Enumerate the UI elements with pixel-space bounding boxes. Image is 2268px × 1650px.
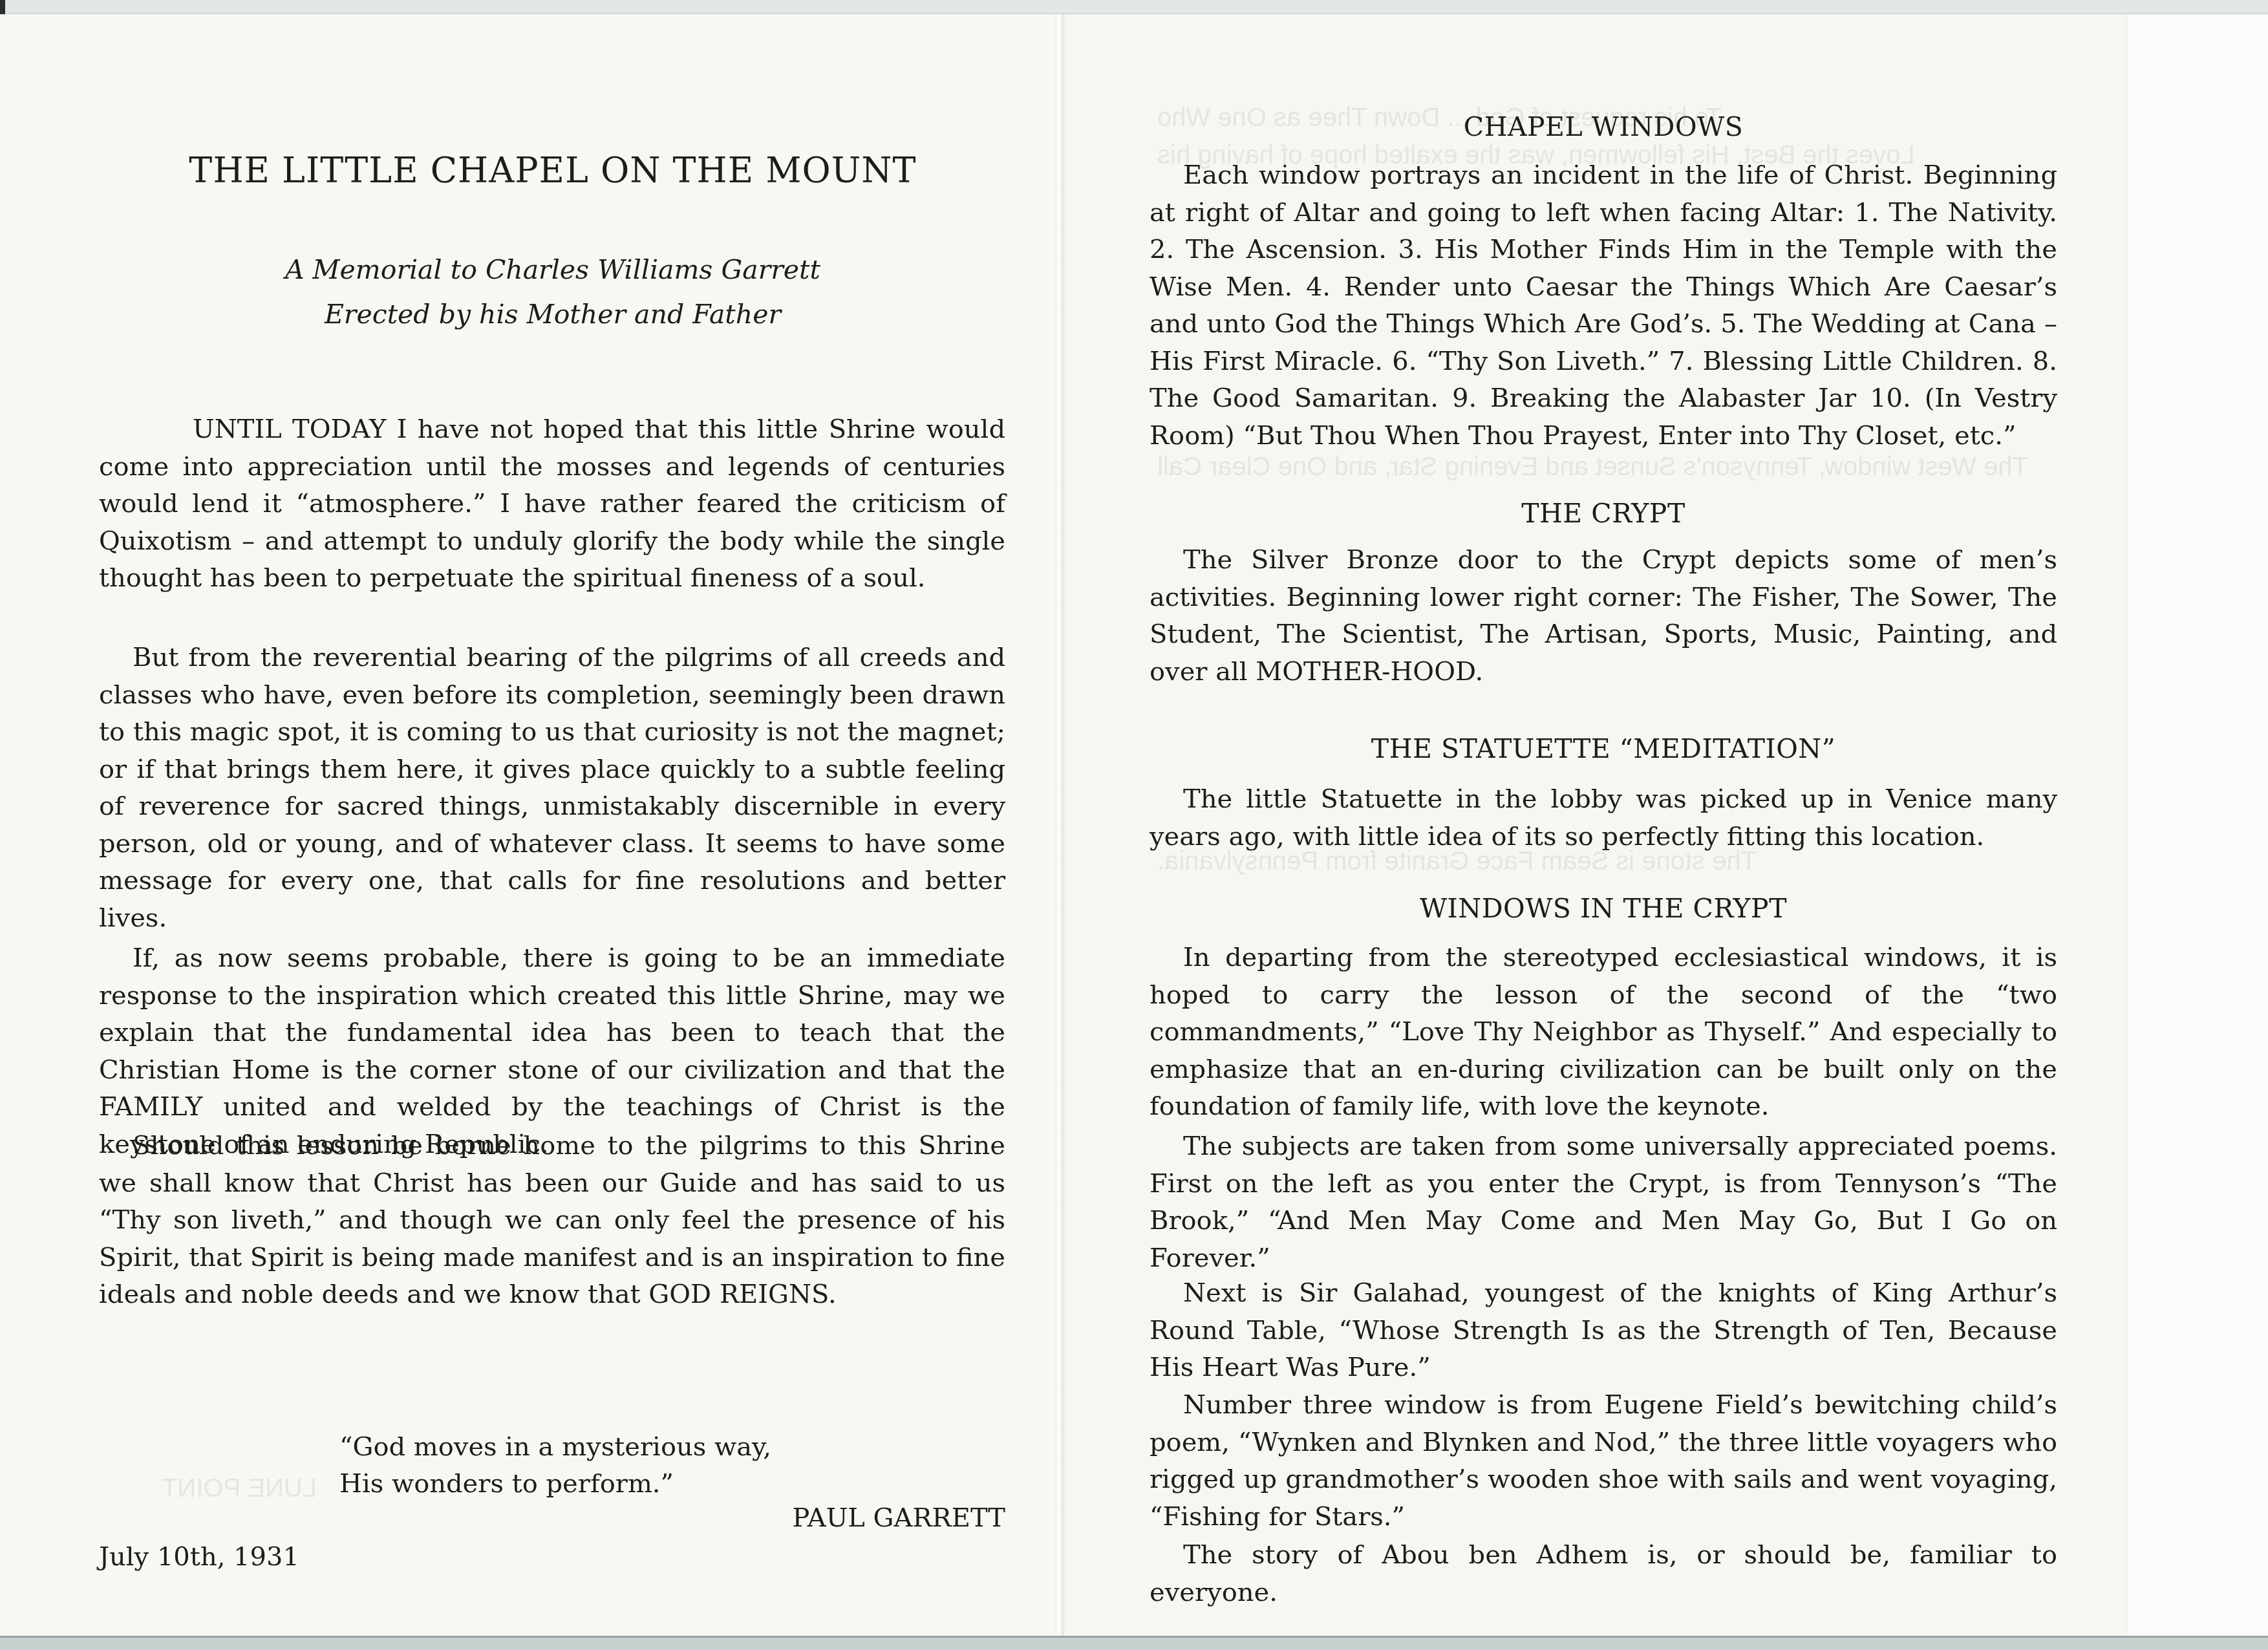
paragraph-abou-ben-adhem: The story of Abou ben Adhem is, or shoul… [1150,1537,2057,1611]
paragraph-chapel-windows: Each window portrays an incident in the … [1150,157,2057,455]
heading-statuette-meditation: THE STATUETTE “MEDITATION” [1150,733,2057,764]
page-title: THE LITTLE CHAPEL ON THE MOUNT [97,150,1009,191]
heading-chapel-windows: CHAPEL WINDOWS [1150,111,2057,142]
paragraph-tennyson-brook: The subjects are taken from some univers… [1150,1128,2057,1277]
show-through-text: The West window, Tennyson's Sunset and E… [1157,453,2028,482]
hymn-quote-line1: “God moves in a mysterious way, [339,1429,771,1466]
date: July 10th, 1931 [99,1542,299,1572]
center-fold [1055,14,1065,1636]
show-through-text: LUNE POINT [162,1474,317,1503]
paragraph-reverential-bearing: But from the reverential bearing of the … [99,639,1005,937]
paragraph-lesson-borne-home: Should this lesson be borne home to the … [99,1128,1005,1314]
right-page-margin [2127,14,2268,1636]
paragraph-until-today: UNTIL TODAY I have not hoped that this l… [99,411,1005,597]
erected-by-subtitle: Erected by his Mother and Father [97,299,1009,330]
memorial-subtitle: A Memorial to Charles Williams Garrett [97,254,1009,285]
paragraph-wynken-blynken-nod: Number three window is from Eugene Field… [1150,1387,2057,1536]
hymn-quote-line2: His wonders to perform.” [339,1466,674,1503]
paragraph-sir-galahad: Next is Sir Galahad, youngest of the kni… [1150,1275,2057,1387]
paragraph-the-crypt: The Silver Bronze door to the Crypt depi… [1150,542,2057,691]
heading-the-crypt: THE CRYPT [1150,498,2057,529]
paragraph-departing-stereotyped: In departing from the stereotyped eccles… [1150,939,2057,1126]
scanner-bottom-edge [0,1636,2268,1650]
scanner-corner-shadow [0,0,5,16]
signature: PAUL GARRETT [711,1503,1005,1533]
heading-windows-in-crypt: WINDOWS IN THE CRYPT [1150,893,2057,924]
scanner-top-edge [0,0,2268,14]
paragraph-statuette: The little Statuette in the lobby was pi… [1150,781,2057,855]
